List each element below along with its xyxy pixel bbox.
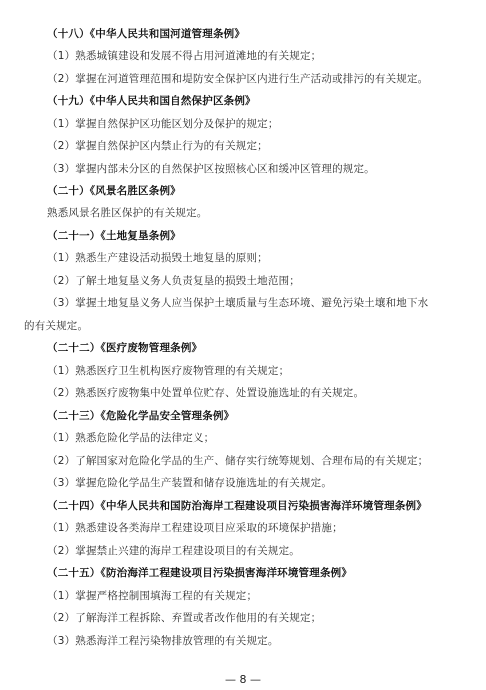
section-heading-21: （二十一）《土地复垦条例》 [47,229,181,243]
list-item: （2）了解土地复垦义务人负责复垦的损毁土地范围； [47,274,300,288]
list-item: （2）掌握在河道管理范围和堤防安全保护区内进行生产活动或排污的有关规定。 [47,72,428,86]
list-item-continuation: 的有关规定。 [24,319,88,333]
document-page: （十八）《中华人民共和国河道管理条例》 （1）熟悉城镇建设和发展不得占用河道滩地… [0,0,486,690]
list-item: （3）熟悉海洋工程污染物排放管理的有关规定。 [47,634,279,648]
list-item: （1）熟悉医疗卫生机构医疗废物管理的有关规定； [47,364,289,378]
list-item: （1）熟悉危险化学品的法律定义； [47,431,214,445]
section-heading-23: （二十三）《危险化学品安全管理条例》 [47,409,234,423]
section-heading-20: （二十）《风景名胜区条例》 [47,184,181,198]
list-item: （3）掌握内部未分区的自然保护区按照核心区和缓冲区管理的规定。 [47,162,375,176]
section-heading-22: （二十二）《医疗废物管理条例》 [47,341,202,355]
list-item: （1）熟悉建设各类海岸工程建设项目应采取的环境保护措施； [47,521,343,535]
section-heading-24: （二十四）《中华人民共和国防治海岸工程建设项目污染损害海洋环境管理条例》 [47,499,427,513]
list-item: （3）掌握土地复垦义务人应当保护土壤质量与生态环境、避免污染土壤和地下水 [47,296,428,310]
section-heading-18: （十八）《中华人民共和国河道管理条例》 [47,27,245,41]
list-item: （2）了解海洋工程拆除、弃置或者改作他用的有关规定； [47,611,321,625]
list-item: （2）掌握自然保护区内禁止行为的有关规定； [47,139,268,153]
list-item: （3）掌握危险化学品生产装置和储存设施选址的有关规定。 [47,476,332,490]
section-heading-25: （二十五）《防治海洋工程建设项目污染损害海洋环境管理条例》 [47,566,352,580]
list-item: （1）掌握自然保护区功能区划分及保护的规定； [47,117,279,131]
list-item: （1）熟悉城镇建设和发展不得占用河道滩地的有关规定； [47,49,321,63]
list-item: （2）了解国家对危险化学品的生产、储存实行统筹规划、合理布局的有关规定； [47,454,428,468]
list-item: （2）熟悉医疗废物集中处置单位贮存、处置设施选址的有关规定。 [47,386,364,400]
list-item: （1）掌握严格控制围填海工程的有关规定； [47,589,257,603]
list-item: （2）掌握禁止兴建的海岸工程建设项目的有关规定。 [47,544,300,558]
section-heading-19: （十九）《中华人民共和国自然保护区条例》 [47,94,256,108]
list-item: （1）熟悉生产建设活动损毁土地复垦的原则； [47,251,268,265]
page-number: — 8 — [0,673,486,686]
list-item: 熟悉风景名胜区保护的有关规定。 [47,206,208,220]
